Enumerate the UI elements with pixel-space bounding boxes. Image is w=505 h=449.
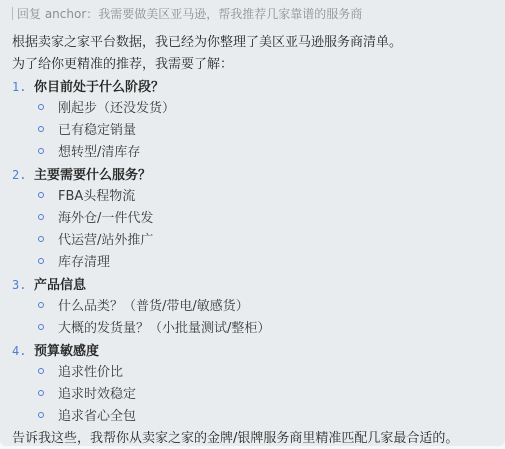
section-number: 2.	[12, 164, 34, 186]
section-number: 4.	[12, 340, 34, 362]
chat-message-bubble: 回复 anchor： 我需要做美区亚马逊，帮我推荐几家靠谱的服务商 根据卖家之家…	[0, 0, 505, 446]
section-heading: 4.预算敏感度	[12, 340, 493, 362]
bullet-icon	[38, 324, 44, 330]
option-item: 追求性价比	[12, 362, 493, 384]
closing-line: 告诉我这些，我帮你从卖家之家的金牌/银牌服务商里精准匹配几家最合适的。	[12, 428, 493, 449]
section-heading: 2.主要需要什么服务？	[12, 164, 493, 186]
question-section: 1.你目前处于什么阶段？ 刚起步（还没发货） 已有稳定销量 想转型/清库存	[12, 76, 493, 164]
section-number: 1.	[12, 76, 34, 98]
question-section: 4.预算敏感度 追求性价比 追求时效稳定 追求省心全包	[12, 340, 493, 428]
option-item: 刚起步（还没发货）	[12, 98, 493, 120]
bullet-icon	[38, 368, 44, 374]
bullet-icon	[38, 214, 44, 220]
question-section: 2.主要需要什么服务？ FBA头程物流 海外仓/一件代发 代运营/站外推广 库存…	[12, 164, 493, 274]
bullet-icon	[38, 126, 44, 132]
option-item: 什么品类？（普货/带电/敏感货）	[12, 296, 493, 318]
bullet-icon	[38, 192, 44, 198]
intro-line: 为了给你更精准的推荐，我需要了解：	[12, 54, 493, 76]
section-title: 产品信息	[34, 278, 86, 293]
section-title: 预算敏感度	[34, 344, 99, 359]
section-title: 主要需要什么服务？	[34, 168, 151, 183]
bullet-icon	[38, 258, 44, 264]
section-heading: 1.你目前处于什么阶段？	[12, 76, 493, 98]
option-item: 追求省心全包	[12, 406, 493, 428]
bullet-icon	[38, 104, 44, 110]
bullet-icon	[38, 148, 44, 154]
bullet-icon	[38, 412, 44, 418]
quote-bar	[12, 7, 13, 20]
reply-quote[interactable]: 回复 anchor： 我需要做美区亚马逊，帮我推荐几家靠谱的服务商	[12, 4, 493, 22]
intro-line: 根据卖家之家平台数据，我已经为你整理了美区亚马逊服务商清单。	[12, 32, 493, 54]
bullet-icon	[38, 390, 44, 396]
option-item: 海外仓/一件代发	[12, 208, 493, 230]
reply-quote-text: 我需要做美区亚马逊，帮我推荐几家靠谱的服务商	[98, 5, 362, 22]
section-title: 你目前处于什么阶段？	[34, 80, 164, 95]
option-item: 已有稳定销量	[12, 120, 493, 142]
bullet-icon	[38, 302, 44, 308]
option-item: FBA头程物流	[12, 186, 493, 208]
reply-quote-prefix: 回复 anchor：	[17, 5, 98, 22]
question-section: 3.产品信息 什么品类？（普货/带电/敏感货） 大概的发货量？（小批量测试/整柜…	[12, 274, 493, 340]
option-item: 大概的发货量？（小批量测试/整柜）	[12, 318, 493, 340]
section-number: 3.	[12, 274, 34, 296]
option-item: 库存清理	[12, 252, 493, 274]
option-item: 代运营/站外推广	[12, 230, 493, 252]
bullet-icon	[38, 236, 44, 242]
option-item: 想转型/清库存	[12, 142, 493, 164]
option-item: 追求时效稳定	[12, 384, 493, 406]
section-heading: 3.产品信息	[12, 274, 493, 296]
